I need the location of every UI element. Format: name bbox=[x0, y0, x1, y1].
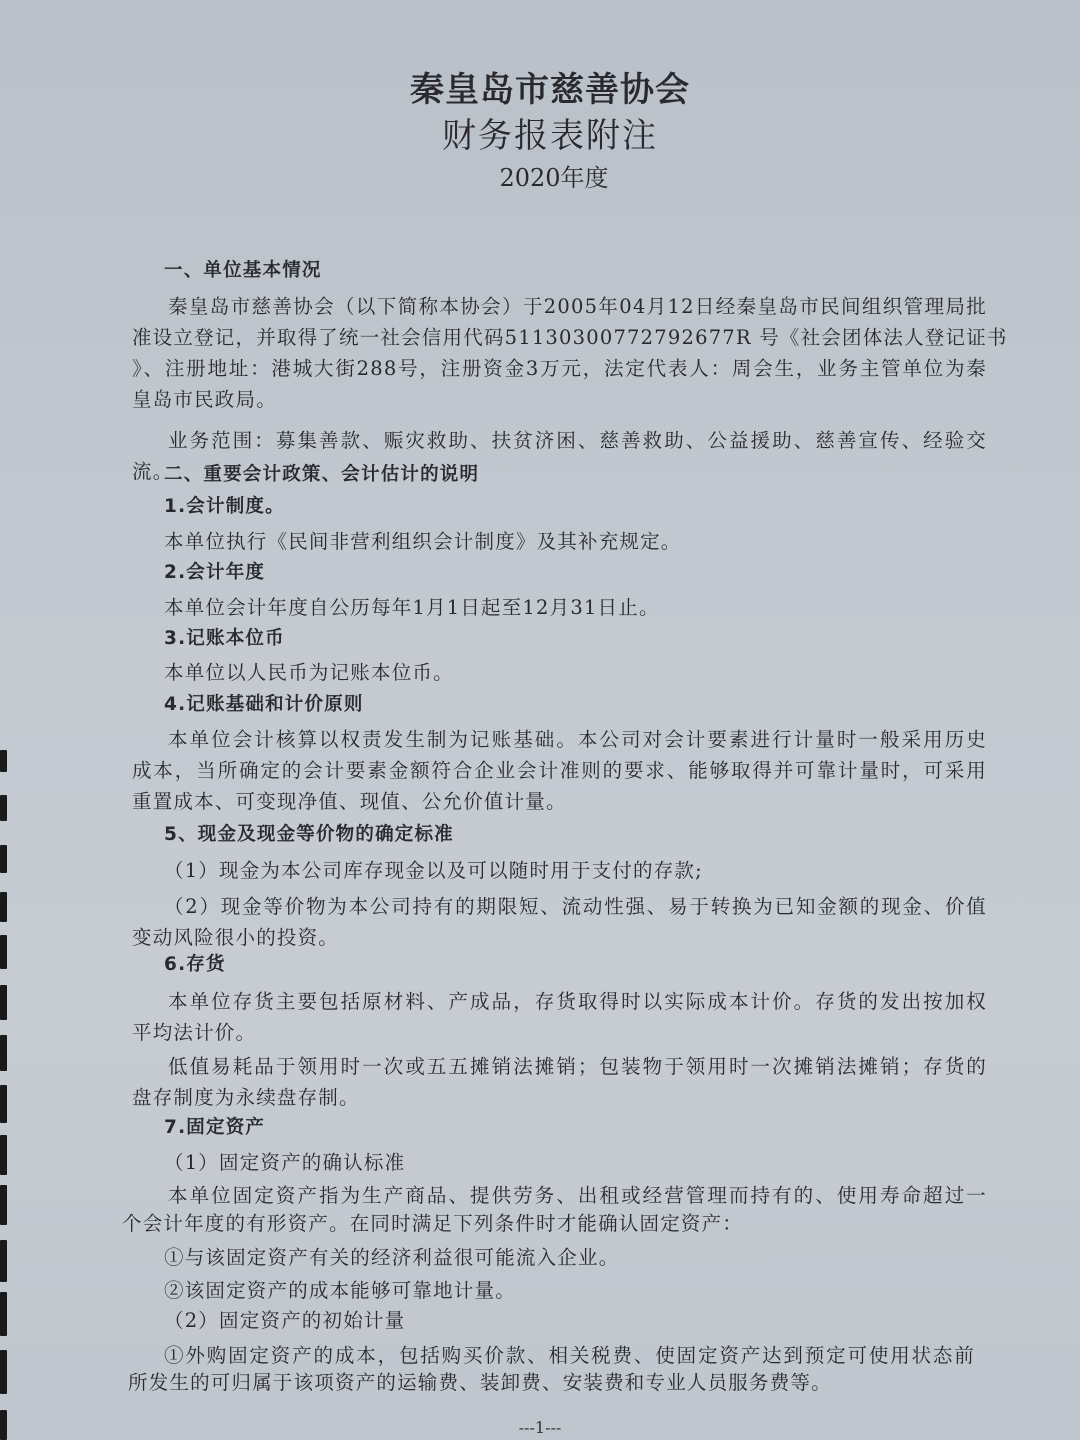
subsection-heading: 1.会计制度。 bbox=[164, 492, 285, 518]
paragraph-line: 本单位执行《民间非营利组织会计制度》及其补充规定。 bbox=[164, 526, 682, 554]
paragraph-line: （1）固定资产的确认标准 bbox=[164, 1147, 405, 1175]
document-page: 秦皇岛市慈善协会 财务报表附注 2020年度 一、单位基本情况 秦皇岛市慈善协会… bbox=[0, 0, 1080, 1440]
paragraph-line: 成本，当所确定的会计要素金额符合企业会计准则的要求、能够取得并可靠计量时，可采用 bbox=[132, 755, 987, 783]
subsection-heading: 6.存货 bbox=[164, 950, 226, 976]
paragraph-line: 低值易耗品于领用时一次或五五摊销法摊销；包装物于领用时一次摊销法摊销；存货的 bbox=[168, 1051, 987, 1079]
subsection-heading: 2.会计年度 bbox=[164, 558, 265, 584]
binding-mark bbox=[0, 1135, 7, 1175]
binding-mark bbox=[0, 1085, 7, 1123]
title-block: 秦皇岛市慈善协会 财务报表附注 2020年度 bbox=[0, 68, 1080, 196]
paragraph-line: ②该固定资产的成本能够可靠地计量。 bbox=[164, 1275, 516, 1303]
subsection-heading: 3.记账本位币 bbox=[164, 624, 285, 650]
paragraph-line: 准设立登记，并取得了统一社会信用代码51130300772792677R 号《社… bbox=[132, 322, 987, 350]
paragraph-line: 本单位以人民币为记账本位币。 bbox=[164, 657, 454, 685]
binding-mark bbox=[0, 1350, 7, 1394]
paragraph-line: 变动风险很小的投资。 bbox=[132, 922, 339, 950]
paragraph-line: 所发生的可归属于该项资产的运输费、装卸费、安装费和专业人员服务费等。 bbox=[128, 1367, 832, 1395]
binding-mark bbox=[0, 985, 7, 1020]
subsection-heading: 7.固定资产 bbox=[164, 1113, 265, 1139]
page-number: ---1--- bbox=[0, 1418, 1080, 1437]
binding-mark bbox=[0, 1035, 7, 1071]
paragraph-line: 盘存制度为永续盘存制。 bbox=[132, 1082, 360, 1110]
paragraph-line: 本单位存货主要包括原材料、产成品，存货取得时以实际成本计价。存货的发出按加权 bbox=[168, 986, 987, 1014]
binding-mark bbox=[0, 1292, 7, 1336]
binding-mark bbox=[0, 1410, 7, 1440]
paragraph-line: （2）固定资产的初始计量 bbox=[164, 1305, 405, 1333]
section-heading: 二、重要会计政策、会计估计的说明 bbox=[164, 460, 479, 486]
paragraph-line: 业务范围：募集善款、赈灾救助、扶贫济困、慈善救助、公益援助、慈善宣传、经验交 bbox=[168, 425, 987, 453]
section-heading: 一、单位基本情况 bbox=[164, 256, 322, 282]
paragraph-line: ①与该固定资产有关的经济利益很可能流入企业。 bbox=[164, 1242, 619, 1270]
paragraph-line: （1）现金为本公司库存现金以及可以随时用于支付的存款; bbox=[164, 855, 703, 883]
organization-name: 秦皇岛市慈善协会 bbox=[20, 68, 1080, 112]
subsection-heading: 5、现金及现金等价物的确定标准 bbox=[164, 820, 454, 846]
binding-mark bbox=[0, 1240, 7, 1282]
paragraph-line: 皇岛市民政局。 bbox=[132, 384, 277, 412]
document-title: 财务报表附注 bbox=[20, 112, 1080, 160]
paragraph-line: 秦皇岛市慈善协会（以下简称本协会）于2005年04月12日经秦皇岛市民间组织管理… bbox=[168, 291, 987, 319]
paragraph-line: ①外购固定资产的成本，包括购买价款、相关税费、使固定资产达到预定可使用状态前 bbox=[164, 1340, 975, 1368]
subsection-heading: 4.记账基础和计价原则 bbox=[164, 690, 364, 716]
binding-mark bbox=[0, 1185, 7, 1225]
paragraph-line: 本单位会计核算以权责发生制为记账基础。本公司对会计要素进行计量时一般采用历史 bbox=[168, 724, 987, 752]
binding-mark bbox=[0, 892, 7, 922]
binding-mark bbox=[0, 795, 7, 821]
binding-mark bbox=[0, 935, 7, 969]
paragraph-line: 本单位会计年度自公历每年1月1日起至12月31日止。 bbox=[164, 592, 660, 620]
paragraph-line: 本单位固定资产指为生产商品、提供劳务、出租或经营管理而持有的、使用寿命超过一 bbox=[168, 1180, 987, 1208]
paragraph-line: 个会计年度的有形资产。在同时满足下列条件时才能确认固定资产： bbox=[122, 1208, 743, 1236]
binding-mark bbox=[0, 845, 7, 873]
paragraph-line: （2）现金等价物为本公司持有的期限短、流动性强、易于转换为已知金额的现金、价值 bbox=[164, 891, 987, 919]
paragraph-line: 》、注册地址：港城大街288号，注册资金3万元，法定代表人：周会生，业务主管单位… bbox=[132, 353, 987, 381]
binding-mark bbox=[0, 750, 7, 772]
paragraph-line: 平均法计价。 bbox=[132, 1017, 256, 1045]
report-period: 2020年度 bbox=[28, 160, 1080, 196]
paragraph-line: 重置成本、可变现净值、现值、公允价值计量。 bbox=[132, 786, 567, 814]
